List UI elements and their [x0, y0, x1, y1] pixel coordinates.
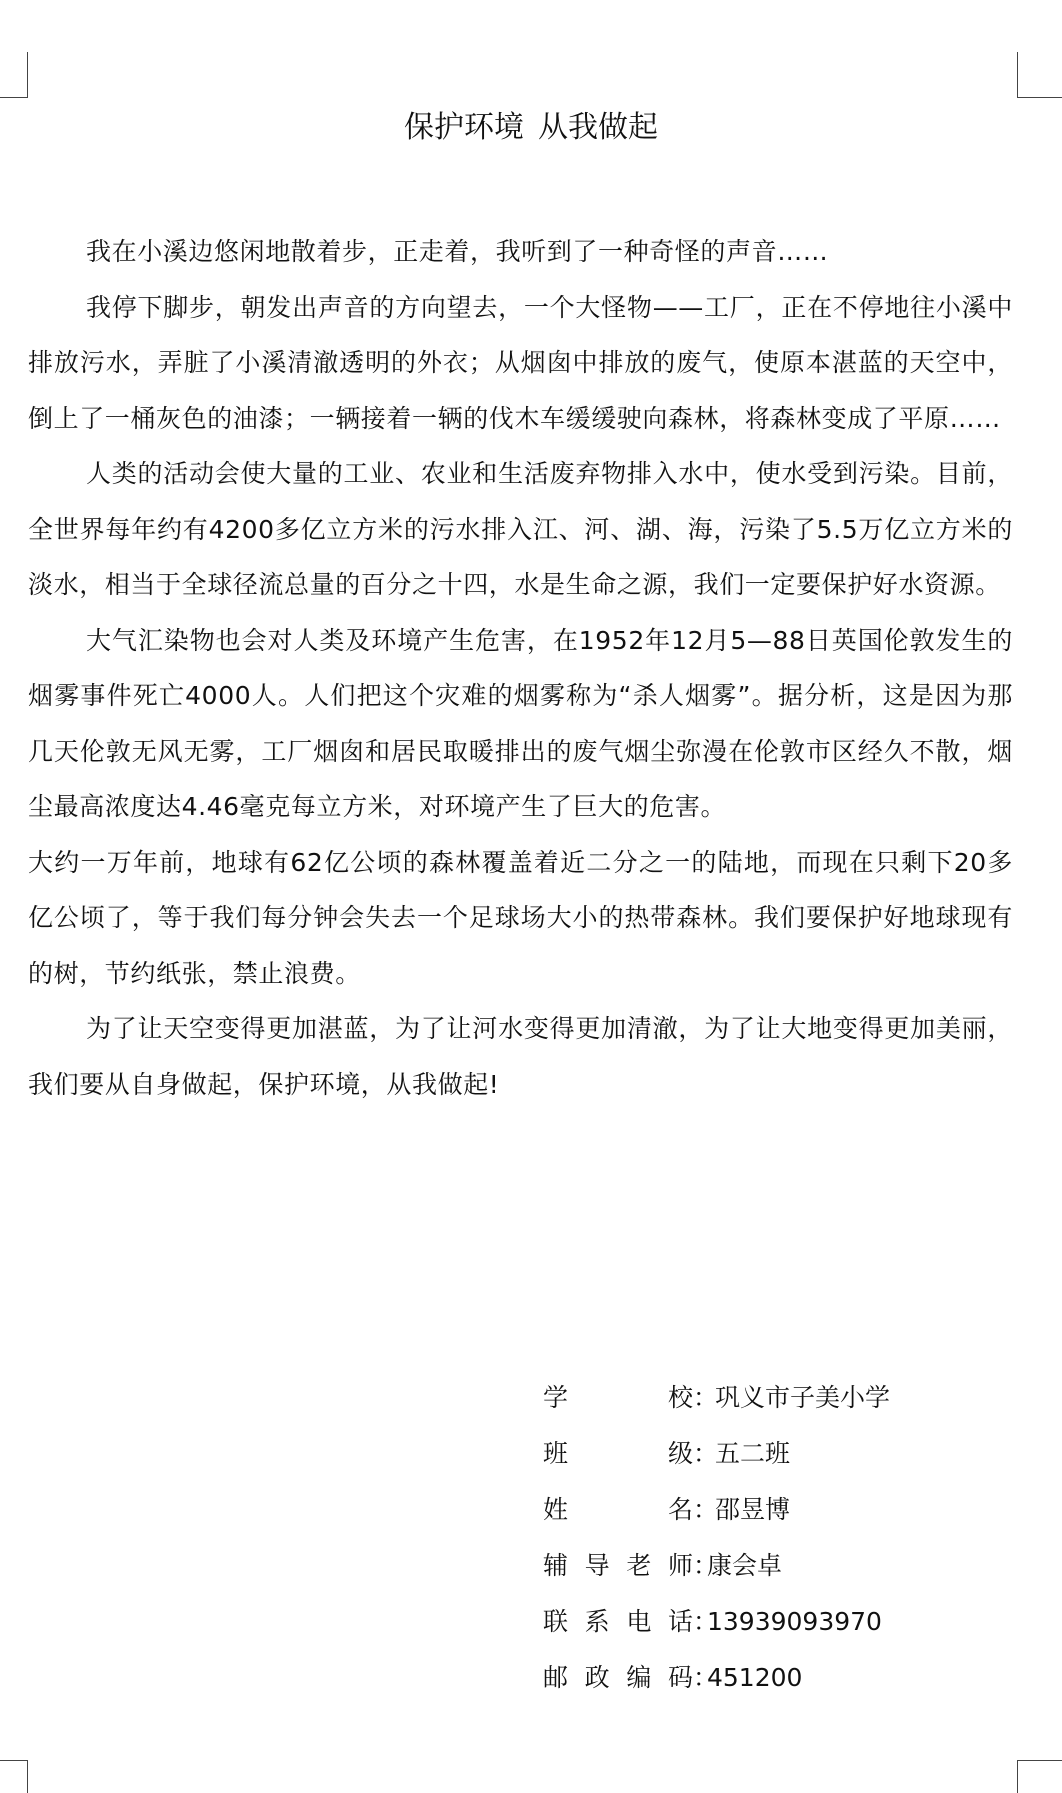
info-colon: ： — [693, 1594, 707, 1650]
paragraph-6: 为了让天空变得更加湛蓝，为了让河水变得更加清澈，为了让大地变得更加美丽，我们要从… — [28, 1001, 1013, 1112]
info-row-postcode: 邮政编码：451200 — [543, 1650, 963, 1706]
info-row-school: 学校：巩义市子美小学 — [543, 1370, 963, 1426]
info-label-teacher: 辅导老师 — [543, 1538, 693, 1594]
document-title: 保护环境从我做起 — [0, 104, 1062, 152]
paragraph-3: 人类的活动会使大量的工业、农业和生活废弃物排入水中，使水受到污染。目前，全世界每… — [28, 446, 1013, 613]
info-row-class: 班级：五二班 — [543, 1426, 963, 1482]
info-row-name: 姓名：邵昱博 — [543, 1482, 963, 1538]
crop-mark-top-right — [1017, 52, 1062, 98]
info-label-phone: 联系电话 — [543, 1594, 693, 1650]
info-value-postcode: 451200 — [707, 1650, 802, 1706]
crop-mark-top-left — [0, 52, 28, 98]
info-value-class: 五二班 — [707, 1426, 790, 1482]
info-colon: ： — [693, 1650, 707, 1706]
paragraph-2: 我停下脚步，朝发出声音的方向望去，一个大怪物——工厂，正在不停地往小溪中排放污水… — [28, 280, 1013, 447]
info-value-school: 巩义市子美小学 — [707, 1370, 890, 1426]
author-info-block: 学校：巩义市子美小学 班级：五二班 姓名：邵昱博 辅导老师：康会卓 联系电话：1… — [543, 1370, 963, 1706]
info-label-class: 班级 — [543, 1426, 693, 1482]
info-label-postcode: 邮政编码 — [543, 1650, 693, 1706]
info-value-phone: 13939093970 — [707, 1594, 882, 1650]
paragraph-5: 大约一万年前，地球有62亿公顷的森林覆盖着近二分之一的陆地，而现在只剩下20多亿… — [28, 835, 1013, 1002]
info-colon: ： — [693, 1370, 707, 1426]
info-value-teacher: 康会卓 — [707, 1538, 782, 1594]
essay-body: 我在小溪边悠闲地散着步，正走着，我听到了一种奇怪的声音…… 我停下脚步，朝发出声… — [28, 224, 1013, 1112]
paragraph-1: 我在小溪边悠闲地散着步，正走着，我听到了一种奇怪的声音…… — [28, 224, 1013, 280]
info-colon: ： — [693, 1482, 707, 1538]
info-value-name: 邵昱博 — [707, 1482, 790, 1538]
info-colon: ： — [693, 1538, 707, 1594]
info-row-teacher: 辅导老师：康会卓 — [543, 1538, 963, 1594]
info-label-school: 学校 — [543, 1370, 693, 1426]
info-row-phone: 联系电话：13939093970 — [543, 1594, 963, 1650]
info-label-name: 姓名 — [543, 1482, 693, 1538]
title-part-1: 保护环境 — [404, 110, 524, 145]
paragraph-4: 大气汇染物也会对人类及环境产生危害，在1952年12月5—88日英国伦敦发生的烟… — [28, 613, 1013, 835]
info-colon: ： — [693, 1426, 707, 1482]
title-part-2: 从我做起 — [538, 110, 658, 145]
crop-mark-bottom-left — [0, 1760, 28, 1793]
crop-mark-bottom-right — [1017, 1760, 1062, 1793]
